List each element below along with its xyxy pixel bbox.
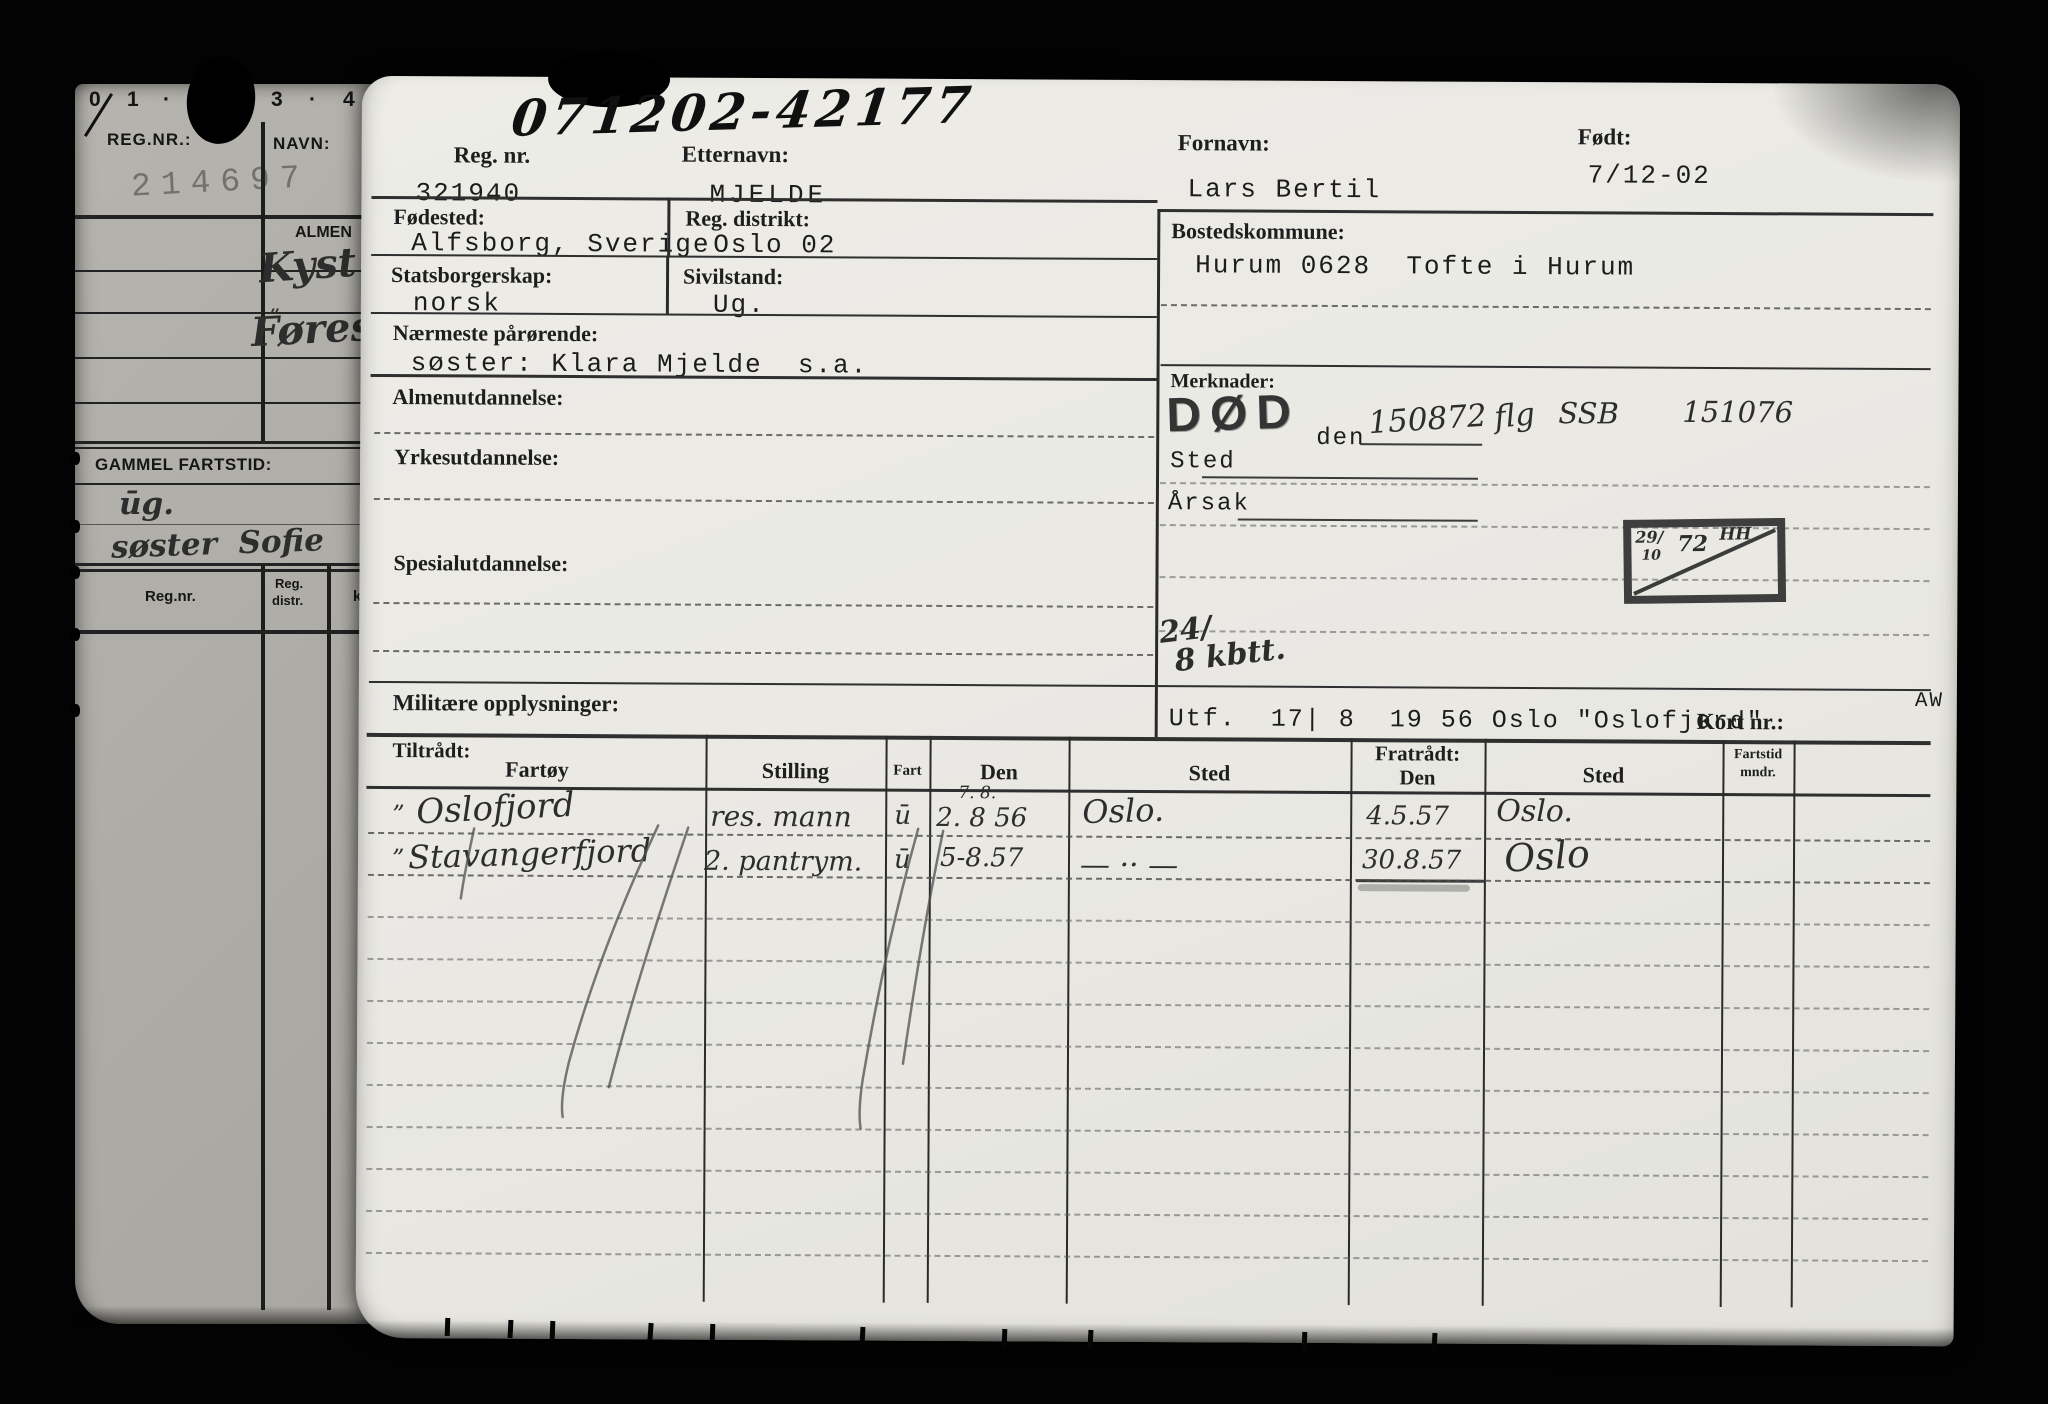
under-reg-nr-stamped-value: 214697 bbox=[130, 159, 311, 205]
arsak-blank-line bbox=[1238, 518, 1478, 521]
arsak-label: Årsak bbox=[1168, 490, 1250, 517]
scan-edge-mark bbox=[70, 452, 80, 465]
fornavn-value: Lars Bertil bbox=[1187, 174, 1381, 205]
edge-tick-mark bbox=[710, 1324, 716, 1342]
under-col-distr: distr. bbox=[272, 593, 303, 608]
scanned-document-background: 0 1 · 2 3 · 4 · REG.NR.: 214697 NAVN: AL… bbox=[0, 0, 2048, 1404]
rule-line bbox=[327, 566, 331, 630]
merknader-den-label: den bbox=[1316, 425, 1365, 452]
table-row-line bbox=[367, 958, 1929, 968]
rule-line bbox=[1157, 209, 1933, 216]
edge-tick-mark bbox=[508, 1320, 514, 1338]
row-stilling: 2. pantrym. bbox=[704, 846, 862, 878]
ruler-number: 1 bbox=[127, 88, 139, 112]
table-column-line bbox=[1348, 738, 1353, 1305]
ruler-tick-dot: · bbox=[163, 88, 170, 112]
row-den: 5-8.57 bbox=[940, 843, 1023, 873]
edge-tick-mark bbox=[1002, 1329, 1008, 1347]
table-row-line bbox=[367, 1126, 1929, 1136]
seaman-register-card: 071202-42177 Reg. nr. 321940 Etternavn: … bbox=[355, 76, 1960, 1346]
col-header-fart: Fart bbox=[885, 763, 929, 780]
row-den-correction: 7. 8. bbox=[958, 783, 996, 803]
row-fratradt-den: 4.5.57 bbox=[1366, 801, 1449, 831]
under-handwritten-ug: ūg. bbox=[119, 486, 174, 522]
etternavn-label: Etternavn: bbox=[682, 142, 789, 169]
table-column-line bbox=[883, 736, 888, 1303]
under-col-reg-nr: Reg.nr. bbox=[145, 588, 196, 605]
merknader-ssb: SSB bbox=[1558, 396, 1619, 430]
rule-line bbox=[374, 498, 1154, 504]
rule-line bbox=[327, 634, 331, 1310]
ruler-tick-dot: · bbox=[309, 88, 316, 112]
table-column-line bbox=[1791, 740, 1796, 1307]
stamp-box-day: 29/ bbox=[1635, 527, 1663, 546]
rule-line bbox=[1161, 304, 1931, 310]
row-stilling: res. mann bbox=[710, 800, 852, 834]
dod-stamp: DØD bbox=[1166, 384, 1301, 443]
under-handwritten-soster: søster Sofie bbox=[110, 522, 324, 565]
rule-line bbox=[1155, 209, 1161, 737]
edge-tick-mark bbox=[445, 1318, 451, 1336]
reg-nr-label: Reg. nr. bbox=[454, 142, 531, 168]
table-row-line bbox=[367, 1000, 1929, 1010]
col-header-fratradt-den: Den bbox=[1350, 765, 1484, 791]
pencil-smudge bbox=[1358, 884, 1470, 892]
handwritten-register-number: 071202-42177 bbox=[508, 75, 979, 148]
table-column-line bbox=[703, 735, 708, 1302]
sivilstand-label: Sivilstand: bbox=[683, 264, 783, 291]
rule-line bbox=[1160, 482, 1930, 488]
edge-tick-mark bbox=[550, 1321, 556, 1339]
rule-line bbox=[261, 566, 265, 630]
ruler-number: 3 bbox=[271, 88, 283, 112]
fodt-value: 7/12-02 bbox=[1588, 160, 1711, 191]
row-quote-mark: ” bbox=[392, 844, 404, 872]
under-reg-nr-label: REG.NR.: bbox=[107, 130, 192, 150]
table-column-line bbox=[1482, 739, 1487, 1306]
rule-line bbox=[1360, 443, 1482, 446]
spesialutdannelse-label: Spesialutdannelse: bbox=[393, 550, 568, 577]
stamp-box-month: 10 bbox=[1641, 547, 1661, 563]
card-bottom-shadow bbox=[355, 1320, 1953, 1346]
col-header-fartoy: Fartøy bbox=[368, 756, 705, 784]
row-fartoy: Stavangerfjord bbox=[408, 831, 652, 876]
kort-nr-label: Kort nr.: bbox=[1697, 709, 1784, 735]
rule-line bbox=[261, 122, 265, 216]
statsborgerskap-label: Statsborgerskap: bbox=[391, 262, 552, 289]
scan-edge-mark bbox=[70, 628, 80, 641]
fodt-label: Født: bbox=[1578, 124, 1632, 150]
gammel-fartstid-label: GAMMEL FARTSTID: bbox=[95, 455, 272, 475]
edge-tick-mark bbox=[1432, 1333, 1438, 1351]
sted-blank-line bbox=[1202, 476, 1478, 479]
merknader-date: 151076 bbox=[1682, 395, 1793, 430]
under-navn-label: NAVN: bbox=[273, 134, 331, 154]
rule-line bbox=[667, 197, 670, 255]
stamp-box-initials: HH bbox=[1719, 524, 1751, 544]
merknader-den-value: 150872 bbox=[1367, 398, 1487, 442]
table-column-line bbox=[1720, 740, 1725, 1307]
col-header-sted: Sted bbox=[1068, 760, 1350, 787]
scan-edge-mark bbox=[70, 520, 80, 533]
almenutdannelse-label: Almenutdannelse: bbox=[392, 384, 563, 411]
edge-tick-mark bbox=[1302, 1332, 1308, 1350]
merknader-flg: flg bbox=[1493, 396, 1537, 436]
col-header-fartstid: Fartstid bbox=[1723, 747, 1794, 763]
rule-line bbox=[1159, 576, 1929, 582]
table-row-line bbox=[366, 1168, 1928, 1178]
utf-value: Utf. 17| 8 19 56 Oslo "Oslofjord" bbox=[1169, 704, 1764, 736]
militare-label: Militære opplysninger: bbox=[393, 690, 620, 717]
row-fratradt-sted: Oslo bbox=[1503, 831, 1591, 880]
ruler-number: 0 bbox=[89, 88, 101, 112]
table-column-line bbox=[1066, 737, 1071, 1304]
under-handwritten-word: Føres bbox=[250, 303, 374, 356]
rule-line bbox=[1160, 524, 1930, 530]
rule-line bbox=[369, 681, 1931, 691]
table-row-line bbox=[366, 1210, 1928, 1220]
date-stamp-box: 29/ 10 72 HH bbox=[1623, 518, 1786, 604]
fodested-label: Fødested: bbox=[393, 204, 485, 230]
rule-line bbox=[1161, 364, 1931, 370]
row-fartoy: Oslofjord bbox=[415, 785, 575, 832]
rule-line bbox=[373, 650, 1153, 656]
col-header-sted2: Sted bbox=[1484, 762, 1722, 789]
under-col-reg: Reg. bbox=[275, 576, 303, 591]
sted-label: Sted bbox=[1170, 448, 1236, 475]
row-fratradt-sted: Oslo. bbox=[1496, 794, 1573, 829]
scan-corner-smudge bbox=[1770, 83, 1961, 184]
initials-aw: AW bbox=[1915, 690, 1944, 713]
fornavn-label: Fornavn: bbox=[1178, 130, 1270, 156]
col-header-fratradt: Fratrådt: bbox=[1351, 741, 1485, 767]
table-row-line bbox=[367, 1084, 1929, 1094]
hole-punch bbox=[181, 52, 261, 149]
row-den: 2. 8 56 bbox=[936, 803, 1027, 833]
rule-line bbox=[374, 432, 1154, 438]
col-header-mndr: mndr. bbox=[1722, 765, 1793, 781]
col-header-stilling: Stilling bbox=[705, 758, 885, 785]
yrkesutdannelse-label: Yrkesutdannelse: bbox=[394, 444, 559, 471]
stamp-box-year: 72 bbox=[1677, 531, 1708, 557]
rule-line bbox=[666, 255, 669, 313]
table-row-line bbox=[366, 1252, 1928, 1262]
under-handwritten-word: Kyst bbox=[257, 239, 357, 293]
bostedskommune-label: Bostedskommune: bbox=[1171, 218, 1345, 245]
edge-tick-mark bbox=[1088, 1330, 1094, 1348]
row-quote-mark: ” bbox=[392, 800, 404, 828]
row-fart: ū bbox=[894, 845, 911, 875]
col-header-den: Den bbox=[929, 759, 1068, 786]
row-fratradt-den: 30.8.57 bbox=[1362, 845, 1461, 876]
scan-edge-mark bbox=[70, 704, 80, 717]
parorende-label: Nærmeste pårørende: bbox=[393, 320, 599, 347]
rule-line bbox=[261, 634, 265, 1310]
reg-distrikt-label: Reg. distrikt: bbox=[685, 206, 810, 233]
table-row-line bbox=[367, 1042, 1929, 1052]
ruler-number: 4 bbox=[343, 88, 355, 112]
edge-tick-mark bbox=[860, 1327, 866, 1345]
table-row-line bbox=[368, 916, 1930, 926]
row-fart: ū bbox=[894, 801, 911, 831]
table-column-line bbox=[927, 736, 932, 1303]
rule-line bbox=[373, 602, 1153, 608]
row-sted: Oslo. bbox=[1082, 791, 1165, 831]
bostedskommune-value: Hurum 0628 Tofte i Hurum bbox=[1195, 250, 1635, 282]
scan-edge-mark bbox=[70, 566, 80, 579]
